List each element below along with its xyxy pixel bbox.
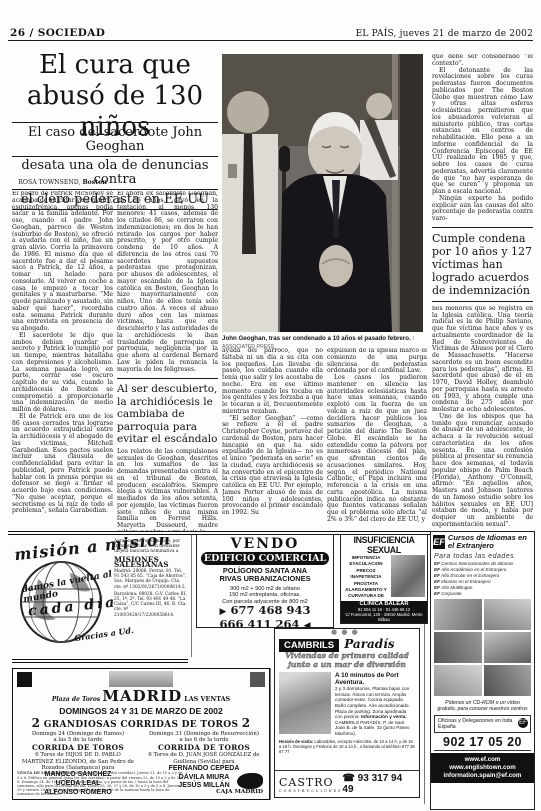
insuf-clinic-bar: CLINICA BALEAR 91 504 11 16 · 91 446 66 … — [341, 601, 427, 623]
paragraph: Los casos los pudieron mantener en silen… — [327, 375, 427, 524]
ad-misiones-salesianas: misión a misión damos la vuelta al mundo… — [12, 537, 188, 655]
ef-prefix: EF — [434, 567, 440, 572]
ef-tagline: Para todas las edades — [431, 552, 534, 561]
sales-text: Abonados (para las dos corridas): Jueves… — [17, 771, 183, 795]
ef-website: www.englishtown.com — [431, 764, 534, 772]
vendo-title: VENDO — [197, 537, 333, 551]
cambrils-body: A 10 minutos de Port Aventura. 2 y 3 dor… — [275, 669, 419, 736]
ef-program-label: Centros Internacionales de Idiomas — [441, 561, 513, 566]
mision-donation-info: Agradecemos su donativo, por transferenc… — [114, 539, 188, 618]
sponsor-logo — [250, 672, 265, 687]
header-rule — [8, 40, 533, 41]
article-column-4: expulsión de la Iglesia marcó el comienz… — [327, 348, 427, 532]
ef-cta-text: Pídenos un CD-ROM o un vídeo gratuito, p… — [431, 698, 534, 714]
cambrils-hours: Horario de visita: Laborables, excepto m… — [275, 737, 419, 754]
pull-quote: Cumple condena por 10 años y 127 víctima… — [432, 227, 533, 302]
corrida-bulls: 6 Toros de D. JUAN JOSÉ GONZÁLEZ de Guil… — [145, 752, 263, 765]
grand-title: 2 GRANDIOSAS CORRIDAS DE TOROS 2 — [13, 716, 269, 730]
insuf-item: EYACULACION PRECOZ — [343, 561, 389, 574]
right-arrow-icon: ▶ — [220, 607, 227, 617]
ef-program-label: Año Multilingüe — [441, 585, 472, 590]
cambrils-details: A 10 minutos de Port Aventura. 2 y 3 dor… — [335, 672, 415, 736]
paragraph: “El señor Geoghan” —como se refiere a él… — [222, 416, 323, 517]
ef-offices-text: Oficinas y Delegaciones en toda España — [438, 718, 512, 730]
vendo-phone-number-2: 666 411 264 — [220, 617, 300, 628]
collage-photo — [434, 632, 482, 663]
vendo-phone-number-1: 677 468 943 — [230, 603, 310, 617]
ef-logo: EF — [433, 535, 445, 549]
paragraph: ayuda del párroco, que no faltaba ni un … — [222, 348, 323, 416]
byline-author: ROSA TOWNSEND, — [18, 179, 80, 186]
ef-prefix: EF — [434, 579, 440, 584]
paragraph: expulsión de la Iglesia marcó el comienz… — [327, 348, 427, 375]
paragraph: El ahora ex sacerdote Geoghan, de 66 año… — [117, 191, 218, 373]
ef-photo-collage — [431, 597, 534, 698]
cambrils-footer: CASTRO CONSTRUCCIONES ☎ 93 317 94 49 — [275, 770, 419, 797]
corrida-type: CORRIDA DE TOROS — [145, 745, 263, 751]
phone-icon: ☎ — [342, 773, 354, 784]
mision-org-name: MISIONES SALESIANAS — [114, 557, 188, 567]
ef-offices-box: Oficinas y Delegaciones en toda España E… — [434, 715, 531, 733]
section-label: 26 / SOCIEDAD — [10, 27, 105, 39]
vendo-location-2: RIVAS URBANIZACIONES — [197, 575, 333, 583]
building-photo — [279, 672, 331, 734]
venue-pre: Plaza de Toros — [52, 696, 100, 703]
ad-clinica-balear: INSUFICIENCIA SEXUAL IMPOTENCIA EYACULAC… — [340, 534, 428, 624]
corrida-type: CORRIDA DE TOROS — [19, 745, 137, 751]
castro-name: CASTRO — [279, 776, 334, 789]
collage-photo — [484, 665, 532, 696]
ad-ef-idiomas: EF Cursos de Idiomas en el Extranjero Pa… — [430, 531, 535, 810]
vendo-phone-2: 666 411 264 ◀ — [197, 619, 333, 628]
article-photo — [222, 54, 423, 332]
caja-madrid-sponsor: CAJA MADRID — [193, 773, 263, 795]
ef-email: information.spain@ef.com — [431, 772, 534, 780]
newspaper-page: 26 / SOCIEDAD EL PAÍS, jueves 21 de marz… — [0, 0, 541, 811]
ef-program-label: Año Escolar en el Extranjero — [441, 573, 499, 578]
ad-divider — [12, 659, 188, 663]
ef-title: Cursos de Idiomas en el Extranjero — [448, 534, 532, 550]
venue-name: MADRID — [102, 687, 182, 705]
collage-photo — [434, 665, 482, 696]
cambrils-header: ● ● ● CAMBRILS Paradís — [275, 629, 419, 652]
corrida-bulls: 6 Toros de HIJOS DE D. PABLO MARTÍNEZ EL… — [19, 752, 137, 771]
ad-column-divider — [270, 668, 271, 800]
venue-line: Plaza de Toros MADRID LAS VENTAS — [13, 687, 269, 705]
paragraph: Los relatos de las compulsiones sexuales… — [117, 449, 218, 531]
insuf-couple-photo — [391, 555, 425, 597]
article-column-5: que debe ser considerado “el contexto”. … — [432, 54, 533, 532]
cambrils-info: CAMBRILS PARADÍS. P. de Sant Joan B. de … — [335, 720, 410, 736]
grand-2: 2 — [242, 716, 251, 730]
ad-plaza-toros-madrid: Plaza de Toros MADRID LAS VENTAS DOMINGO… — [12, 668, 270, 800]
cambrils-body-title: A 10 minutos de Port Aventura. — [335, 672, 415, 686]
paragraph: que debe ser considerado “el contexto”. — [432, 54, 533, 68]
insuf-title-2: SEXUAL — [341, 546, 427, 555]
byline-place: Boston — [82, 179, 106, 186]
ad-column-divider — [191, 535, 192, 657]
venue-post: LAS VENTAS — [184, 695, 230, 703]
grand-text: GRANDIOSAS CORRIDAS DE TOROS — [44, 720, 239, 730]
caja-madrid-label: CAJA MADRID — [216, 789, 263, 795]
vendo-subtitle: EDIFICIO COMERCIAL — [201, 552, 329, 565]
ef-phone-number: 902 17 05 20 — [434, 734, 531, 751]
madrid-ad-header — [13, 669, 269, 687]
cambrils-brand: CAMBRILS — [279, 639, 339, 652]
mision-intro: Agradecemos su donativo, por transferenc… — [114, 539, 188, 555]
comunidad-madrid-logo — [17, 672, 32, 687]
paragraph: El sacerdote le dijo que ambos debían gu… — [12, 333, 113, 414]
cambrils-info-label: Información y venta: — [361, 714, 407, 719]
cambrils-tagline-2: junto a un mar de diversión — [275, 661, 419, 670]
corrida-dates: DOMINGOS 24 Y 31 DE MARZO DE 2002 — [13, 706, 269, 716]
ad-cambrils-paradis: ● ● ● CAMBRILS Paradís Viviendas de prim… — [274, 628, 420, 798]
ef-prefix: EF — [434, 561, 440, 566]
plaza-illustration — [109, 671, 173, 687]
article-column-3: ayuda del párroco, que no faltaba ni un … — [222, 348, 323, 532]
ef-program-label: Idiomas en el Extranjero — [441, 579, 491, 584]
caja-madrid-bull-logo — [237, 773, 263, 789]
caption-text: John Geoghan, tras ser condenado a 10 añ… — [222, 335, 411, 342]
paragraph: El padre de Patrick McSorley se acababa … — [12, 191, 113, 333]
ef-prefix: EF — [434, 585, 440, 590]
masthead-date: EL PAÍS, jueves 21 de marzo de 2002 — [356, 29, 533, 39]
article-column-1: El padre de Patrick McSorley se acababa … — [12, 191, 113, 531]
ef-program-label: Año Académico en el Extranjero — [441, 567, 506, 572]
byline: ROSA TOWNSEND, Boston — [12, 179, 113, 186]
bubbles-decoration: ● ● ● — [331, 628, 359, 636]
geoghan-courtroom-photo — [222, 54, 423, 332]
ef-prefix: EF — [434, 591, 440, 596]
ad-vendo-edificio: VENDO EDIFICIO COMERCIAL POLÍGONO SANTA … — [196, 534, 334, 628]
mision-barcelona-address: Barcelona: 08028. G.V. Carles III, 25, 1… — [114, 592, 188, 618]
ef-footer: www.ef.com www.englishtown.com informati… — [431, 753, 534, 783]
ef-program-label: Corporate — [441, 591, 461, 596]
deck-line: El caso del sacerdote John Geoghan — [12, 122, 218, 156]
castro-subname: CONSTRUCCIONES — [279, 789, 342, 793]
ef-prefix: EF — [434, 573, 440, 578]
ef-website: www.ef.com — [431, 756, 534, 764]
ef-header: EF Cursos de Idiomas en el Extranjero — [431, 532, 534, 552]
cambrils-brand-script: Paradís — [344, 637, 394, 651]
cambrils-phone: ☎ 93 317 94 49 — [342, 773, 415, 795]
collage-photo — [484, 599, 532, 630]
paragraph: Ningún experto ha podido explicar aún la… — [432, 196, 533, 223]
article-column-2: El ahora ex sacerdote Geoghan, de 66 año… — [117, 191, 218, 531]
grand-2: 2 — [32, 716, 41, 730]
insuf-symptom-list: IMPOTENCIA EYACULACION PRECOZ INAPETENCI… — [343, 555, 389, 606]
mision-madrid-address: Madrid: 28008. Ferraz, 81. Tel. 91 543 8… — [114, 569, 188, 590]
paragraph: El detonante de las revelaciones sobre l… — [432, 68, 533, 196]
collage-photo — [434, 599, 482, 630]
left-arrow-icon: ◀ — [304, 621, 311, 628]
paragraph: El de Patrick era uno de los 86 casos ce… — [12, 414, 113, 515]
paragraph: Uno de los obispos que ha tenido que ren… — [432, 414, 533, 529]
ef-round-logo: EF — [518, 718, 528, 728]
castro-logo: CASTRO CONSTRUCCIONES — [279, 776, 342, 793]
mid-article-subhead: Al ser descubierto, la archidiócesis le … — [117, 378, 218, 449]
collage-photo — [484, 632, 532, 663]
paragraph: nes menores que se registra en la Iglesi… — [432, 306, 533, 414]
insuf-clinic-address: C/ Fuencarral, 129 - 28010 Madrid. Metro… — [341, 612, 427, 622]
insuf-title-1: INSUFICIENCIA — [341, 536, 427, 545]
ticket-sales-info: VENTA DE LOCALIDADES Abonados (para las … — [17, 771, 185, 796]
